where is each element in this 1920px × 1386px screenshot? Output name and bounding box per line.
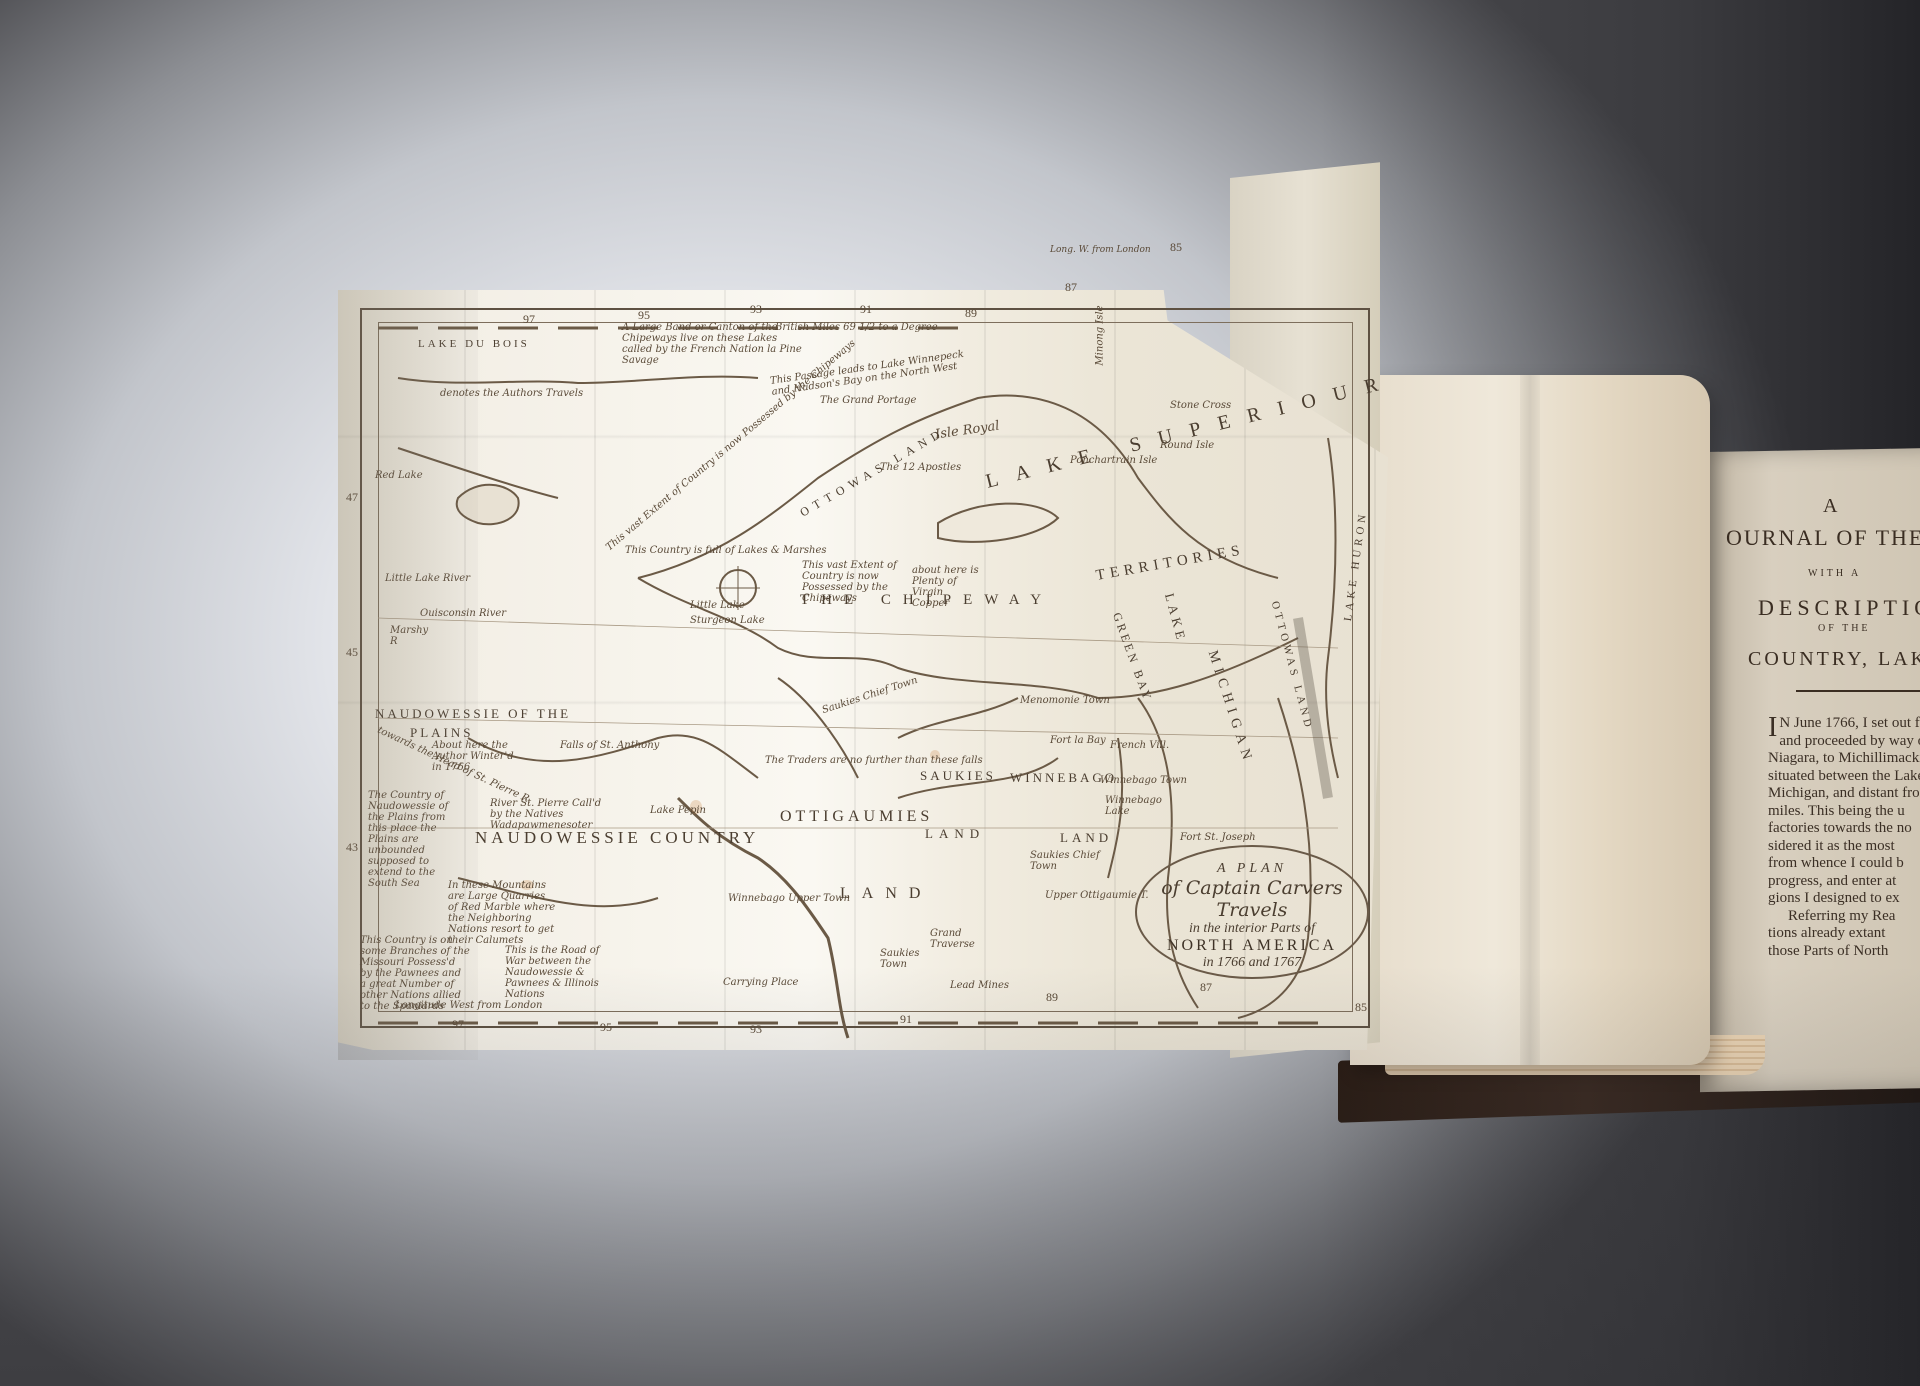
label-winnebago-upper: Saukies Chief Town <box>1030 850 1100 872</box>
body-line: Niagara, to Michillimacki <box>1768 750 1920 768</box>
label-bark-river: Winnebago Upper Town <box>728 893 850 904</box>
label-lake-du-bois: LAKE DU BOIS <box>418 338 530 350</box>
label-winnebago-land: LAND <box>1060 830 1112 846</box>
label-red-lake: Red Lake <box>375 470 423 481</box>
label-fort-st-joseph: Fort St. Joseph <box>1180 832 1256 843</box>
tick-left: 47 <box>346 490 358 505</box>
note-longitude: Longitude West from London <box>395 1000 543 1011</box>
label-ottigaumies: OTTIGAUMIES <box>780 808 933 826</box>
label-lead-mines: Lead Mines <box>950 980 1009 991</box>
tick-top: 93 <box>750 302 762 317</box>
body-line: Referring my Rea <box>1768 908 1920 926</box>
title-a: A <box>1823 495 1839 518</box>
tick-top: 85 <box>1170 240 1182 255</box>
label-fort-la-bay: Fort la Bay <box>1050 735 1106 746</box>
label-ottigaumies-land: LAND <box>840 885 932 903</box>
tick-bottom: 87 <box>1200 980 1212 995</box>
note-plains-country: The Country of Naudowessie of the Plains… <box>368 790 458 889</box>
title-description: DESCRIPTION <box>1758 595 1920 621</box>
label-round-isle: Round Isle <box>1160 440 1214 451</box>
label-stone-cross: Stone Cross <box>1170 400 1231 411</box>
body-line: Michigan, and distant from <box>1768 785 1920 803</box>
tick-left: 45 <box>346 645 358 660</box>
label-saukies-chief: Grand Traverse <box>930 928 1000 950</box>
label-naudowessie-country: NAUDOWESSIE COUNTRY <box>475 828 759 848</box>
label-marshy-r: Little Lake River <box>385 573 470 584</box>
body-line: B <box>1768 960 1920 978</box>
body-line: those Parts of North <box>1768 943 1920 961</box>
title-with: WITH A <box>1808 568 1861 579</box>
cartouche-interior-parts: in the interior Parts of <box>1137 921 1367 937</box>
tick-bottom: 91 <box>900 1012 912 1027</box>
label-chipeway: THE CHIPEWAY <box>800 592 1053 609</box>
label-ponchartrain: Ponchartrain Isle <box>1070 455 1157 466</box>
cartouche-captain-carver: of Captain Carvers Travels <box>1137 877 1367 921</box>
tick-bottom: 89 <box>1046 990 1058 1005</box>
tick-top: 95 <box>638 308 650 323</box>
book-body-text: I N June 1766, I set out f and proceeded… <box>1768 715 1920 978</box>
tick-bottom: 93 <box>750 1022 762 1037</box>
tick-bottom: 95 <box>600 1020 612 1035</box>
tick-left: 43 <box>346 840 358 855</box>
body-line: N June 1766, I set out f <box>1768 715 1920 733</box>
label-lake-pepin: Lake Pepin <box>650 805 706 816</box>
label-yellow-river: Carrying Place <box>723 977 798 988</box>
label-falls-st-anthony: Falls of St. Anthony <box>560 740 659 751</box>
note-author-travels: denotes the Authors Travels <box>440 388 583 399</box>
label-goose-lake: Marshy R <box>390 625 430 647</box>
body-line: factories towards the no <box>1768 820 1920 838</box>
body-line: gions I designed to ex <box>1768 890 1920 908</box>
map-cartouche: A PLAN of Captain Carvers Travels in the… <box>1135 845 1369 979</box>
label-carrying-place: Upper Ottigaumie T. <box>1045 890 1149 901</box>
tick-top: 97 <box>523 312 535 327</box>
label-saukies-land: LAND <box>925 826 985 842</box>
label-river-st-pierre: River St. Pierre Call'd by the Natives W… <box>490 798 610 831</box>
label-naudowessie-plains-2: PLAINS <box>410 725 474 741</box>
label-upper-ottigaumie: Saukies Town <box>880 948 940 970</box>
body-line: and proceeded by way o <box>1768 733 1920 751</box>
label-sturgeon-lake: Sturgeon Lake <box>690 615 765 626</box>
label-little-lake: Little Lake <box>690 600 745 611</box>
note-mountains: In these Mountains are Large Quarries of… <box>448 880 558 946</box>
body-line: tions already extant <box>1768 925 1920 943</box>
title-rule <box>1796 690 1920 692</box>
label-french-vill: French Vill. <box>1110 740 1169 751</box>
title-country: COUNTRY, LAKE <box>1748 648 1920 671</box>
label-long-top: Long. W. from London <box>1050 245 1151 255</box>
tick-bottom: 97 <box>452 1017 464 1032</box>
title-journal: OURNAL OF THE TRAVE <box>1726 525 1920 551</box>
label-grand-portage: The Grand Portage <box>820 395 916 406</box>
body-line: miles. This being the u <box>1768 803 1920 821</box>
label-menomonie-town: Menomonie Town <box>1020 695 1110 706</box>
body-line: progress, and enter at <box>1768 873 1920 891</box>
title-of-the: OF THE <box>1818 623 1871 634</box>
tick-top: 91 <box>860 302 872 317</box>
body-line: sidered it as the most <box>1768 838 1920 856</box>
body-line: situated between the Lake <box>1768 768 1920 786</box>
label-minong: Minong Isle <box>1095 305 1106 365</box>
label-little-lake-river: Ouisconsin River <box>420 608 506 619</box>
label-winnebago-lake: Winnebago Lake <box>1105 795 1165 817</box>
note-road-of-war: This is the Road of War between the Naud… <box>505 945 605 1000</box>
folded-map-block <box>1350 375 1710 1065</box>
dropcap: I <box>1768 715 1777 741</box>
cartouche-years: in 1766 and 1767 <box>1137 955 1367 971</box>
tick-top: 87 <box>1065 280 1077 295</box>
tick-bottom: 85 <box>1355 1000 1367 1015</box>
body-line: from whence I could b <box>1768 855 1920 873</box>
label-naudowessie-plains-1: NAUDOWESSIE OF THE <box>375 706 571 722</box>
note-country-lakes: This Country is full of Lakes & Marshes <box>625 545 827 556</box>
label-saukies: SAUKIES <box>920 768 996 784</box>
cartouche-north-america: NORTH AMERICA <box>1137 937 1367 955</box>
label-winnebago-town: Winnebago Town <box>1100 775 1187 786</box>
book-title-page: A OURNAL OF THE TRAVE WITH A DESCRIPTION… <box>1708 455 1920 1075</box>
note-british-miles: British Miles 69 1/2 to a Degree <box>775 322 938 333</box>
cartouche-a-plan: A PLAN <box>1137 861 1367 877</box>
tick-top: 89 <box>965 306 977 321</box>
note-traders: The Traders are no further than these fa… <box>765 755 983 766</box>
